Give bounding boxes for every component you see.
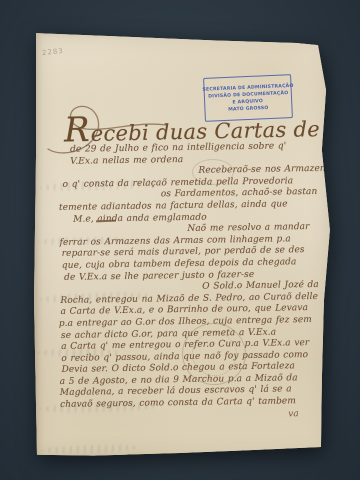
pencil-folio-number: 2283 [42,47,65,57]
manuscript-paper: 2283 SECRETARIA DE ADMINISTRAÇÃO DIVISÃO… [34,31,332,459]
stamp-line: DIVISÃO DE DOCUMENTAÇÃO [208,90,288,98]
paper-shadow-wrap: 2283 SECRETARIA DE ADMINISTRAÇÃO DIVISÃO… [0,0,360,480]
photo-background: 2283 SECRETARIA DE ADMINISTRAÇÃO DIVISÃO… [0,0,360,480]
ink-showthrough [38,349,122,357]
stamp-line: E ARQUIVO [233,98,264,104]
ink-showthrough [42,443,138,454]
round-seal-inner [189,329,240,379]
oval-seal-mark [192,159,234,185]
